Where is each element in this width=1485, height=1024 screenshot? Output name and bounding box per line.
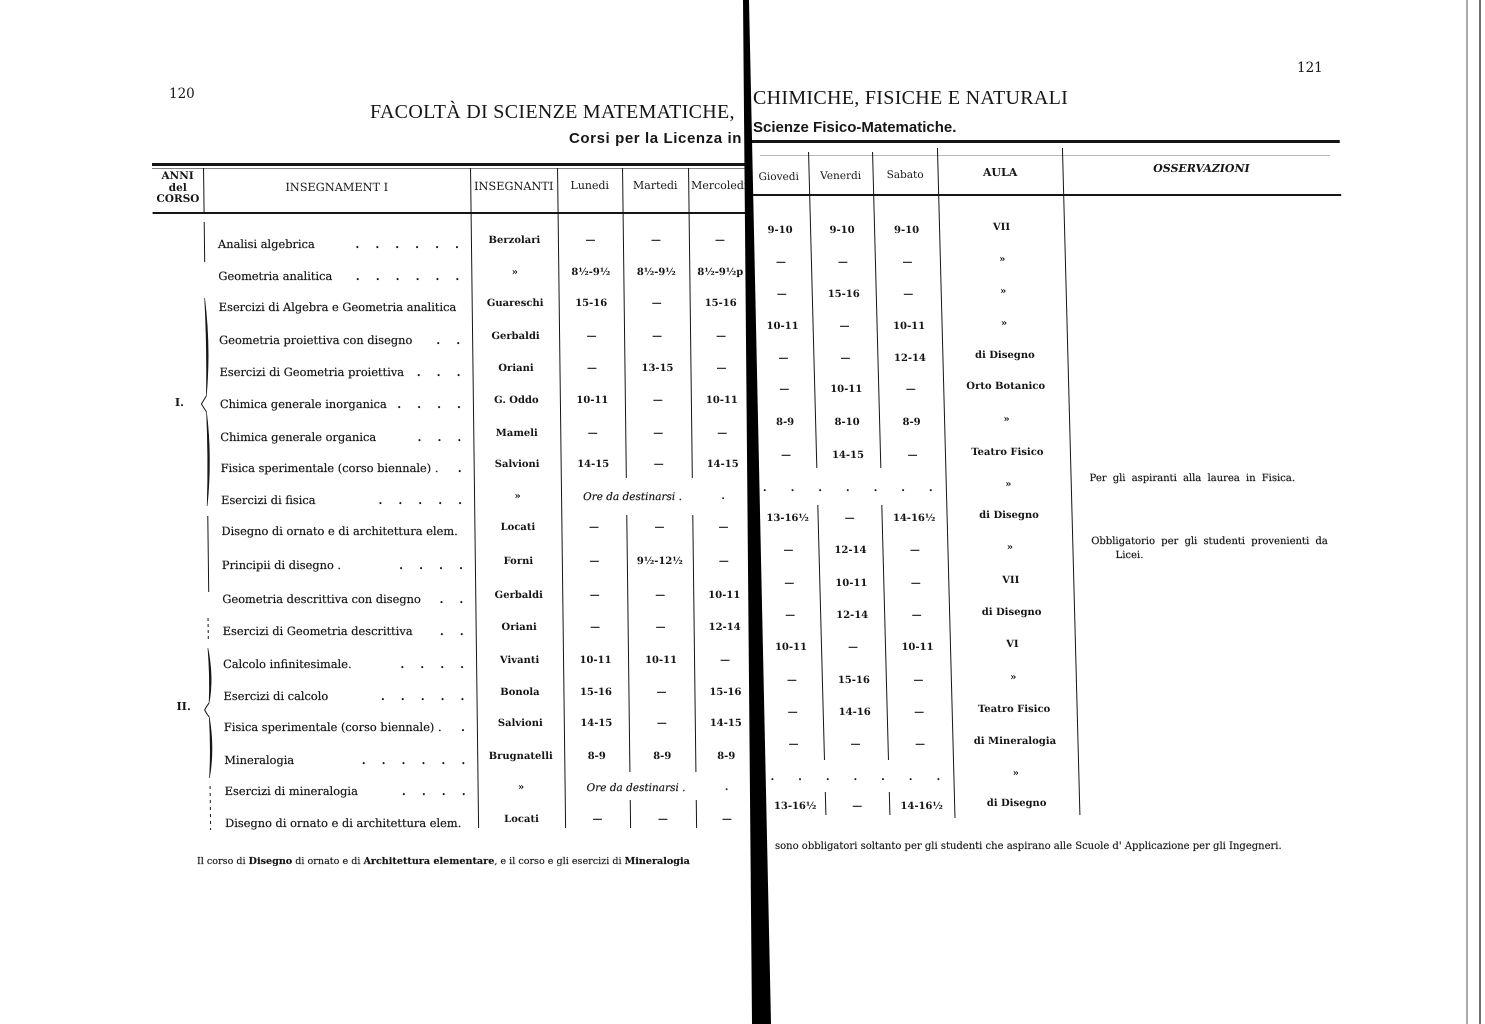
book-spine-icon (0, 0, 1485, 1024)
scan-edge-line (1479, 0, 1481, 1024)
scan-edge-line (1466, 0, 1468, 1024)
book-spread: 120 FACOLTÀ DI SCIENZE MATEMATICHE, Cors… (0, 0, 1485, 1024)
